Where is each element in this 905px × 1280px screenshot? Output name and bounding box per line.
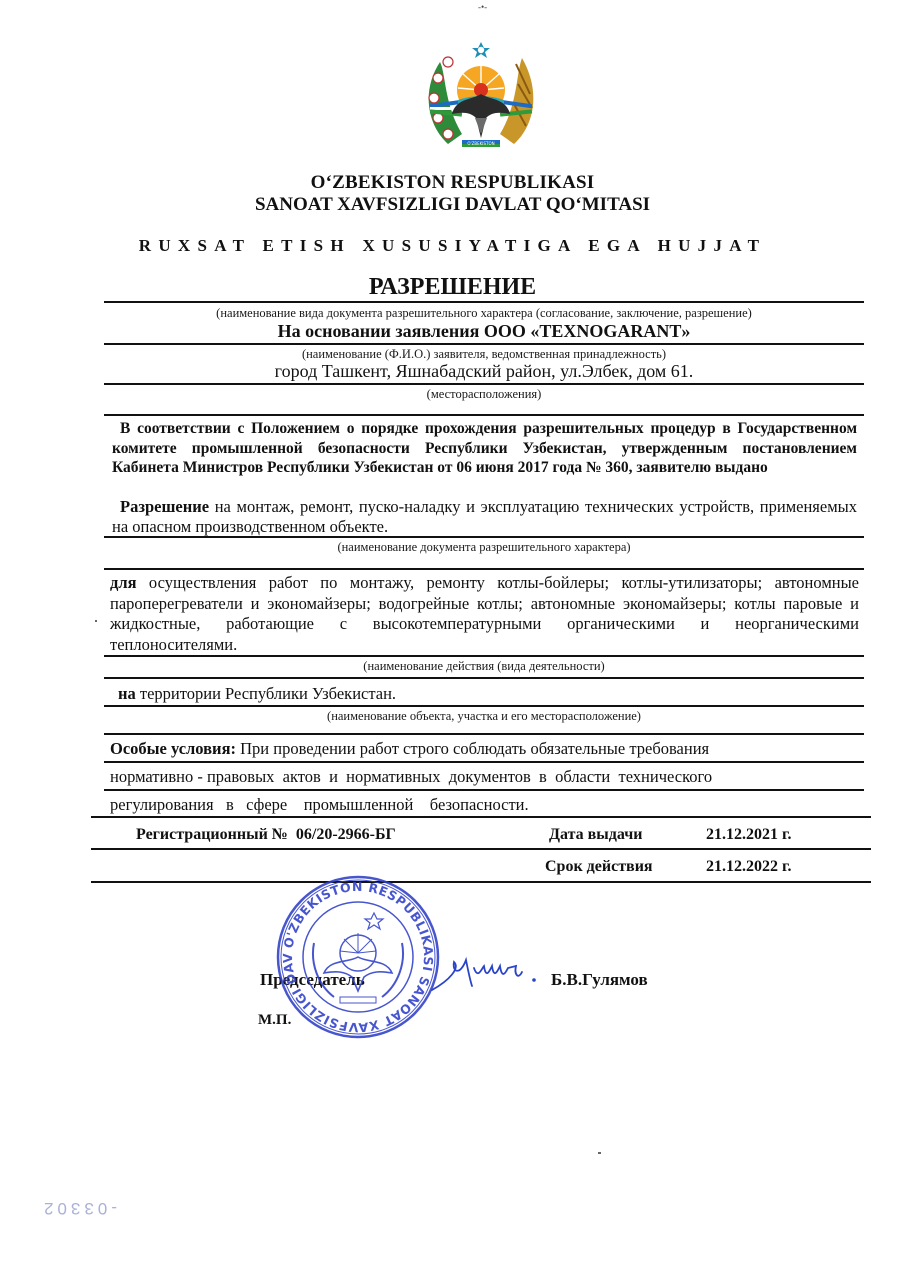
special-conditions-line-3: регулирования в сфере промышленной безоп… [110, 795, 835, 815]
official-stamp-icon: O'ZBEKISTON RESPUBLIKASI SANOAT XAVFSIZL… [274, 873, 442, 1041]
registration-number: 06/20-2966-БГ [296, 826, 396, 843]
activity-paragraph: для осуществления работ по монтажу, ремо… [110, 573, 859, 655]
divider [104, 789, 864, 791]
divider [104, 536, 864, 538]
territory-text: территории Республики Узбекистан. [136, 684, 396, 703]
caption-location: (месторасположения) [104, 387, 864, 402]
registration-label: Регистрационный № 06/20-2966-БГ [136, 826, 396, 844]
issue-date: 21.12.2021 г. [706, 826, 791, 844]
territory-line: на территории Республики Узбекистан. [118, 684, 396, 704]
document-class: RUXSAT ETISH XUSUSIYATIGA EGA HUJJAT [0, 236, 905, 256]
basis-paragraph: В соответствии с Положением о порядке пр… [112, 419, 857, 478]
applicant-address: город Ташкент, Яшнабадский район, ул.Элб… [104, 361, 864, 382]
applicant-line: На основании заявления ООО «TEXNOGARANT» [104, 321, 864, 342]
registration-number-label: Регистрационный № [136, 826, 288, 843]
basis-text: В соответствии с Положением о порядке пр… [112, 420, 857, 476]
divider [104, 677, 864, 679]
issue-date-label: Дата выдачи [549, 826, 642, 844]
divider [91, 848, 871, 850]
activity-text: осуществления работ по монтажу, ремонту … [110, 573, 859, 654]
divider [104, 705, 864, 707]
permit-text: на монтаж, ремонт, пуско-наладку и экспл… [112, 497, 857, 536]
svg-text:O'ZBEKISTON: O'ZBEKISTON [467, 141, 494, 146]
republic-name: O‘ZBEKISTON RESPUBLIKASI [0, 172, 905, 194]
caption-activity: (наименование действия (вида деятельност… [104, 659, 864, 674]
special-conditions-line-1: Особые условия: При проведении работ стр… [110, 739, 835, 759]
divider [91, 881, 871, 883]
committee-name: SANOAT XAVFSIZLIGI DAVLAT QO‘MITASI [0, 194, 905, 216]
permit-keyword: Разрешение [120, 497, 209, 516]
divider [104, 655, 864, 657]
divider [104, 761, 864, 763]
divider [104, 343, 864, 345]
caption-object: (наименование объекта, участка и его мес… [104, 709, 864, 724]
activity-keyword: для [110, 573, 137, 592]
special-conditions-text-1: При проведении работ строго соблюдать об… [236, 739, 709, 758]
divider [104, 383, 864, 385]
validity-date: 21.12.2022 г. [706, 858, 791, 876]
paper-speck [598, 1152, 601, 1154]
signature-icon [430, 950, 550, 995]
territory-keyword: на [118, 684, 136, 703]
top-mark: -•- [478, 2, 487, 12]
special-conditions-label: Особые условия: [110, 739, 236, 758]
state-emblem-icon: O'ZBEKISTON [418, 34, 544, 160]
validity-label: Срок действия [545, 858, 653, 876]
caption-doc-kind: (наименование вида документа разрешитель… [104, 306, 864, 321]
serial-number: -03302 [40, 1198, 117, 1218]
divider [104, 733, 864, 735]
paper-speck [95, 620, 97, 622]
caption-applicant: (наименование (Ф.И.О.) заявителя, ведомс… [104, 347, 864, 362]
document-title: РАЗРЕШЕНИЕ [0, 274, 905, 301]
divider [91, 816, 871, 818]
caption-permit-doc: (наименование документа разрешительного … [104, 540, 864, 555]
divider [104, 568, 864, 570]
permit-paragraph: Разрешение на монтаж, ремонт, пуско-нала… [112, 497, 857, 536]
divider [104, 414, 864, 416]
divider [104, 301, 864, 303]
seal-place-mark: М.П. [258, 1012, 291, 1029]
signatory-name: Б.В.Гулямов [551, 970, 648, 990]
special-conditions-line-2: нормативно - правовых актов и нормативны… [110, 767, 835, 787]
